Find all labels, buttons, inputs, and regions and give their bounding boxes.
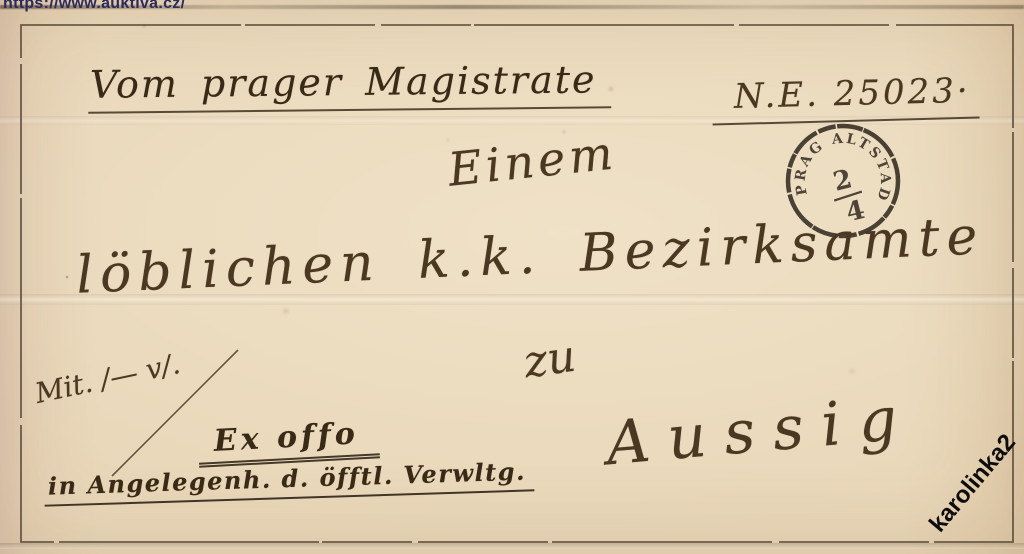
postmark-date-numerator: 2 — [830, 164, 855, 197]
postmark-fraction-bar — [834, 192, 863, 201]
addressee-line-2: löblichen k.k. Bezirksamte — [75, 206, 985, 306]
subject-line: in Angelegenh. d. öfftl. Verwltg. — [44, 456, 535, 506]
fold-crease-bottom — [0, 543, 1024, 549]
addressee-line-1: Einem — [446, 125, 619, 196]
addressee-line-3: zu — [521, 331, 579, 389]
seller-watermark: karolinka2 — [924, 429, 1022, 538]
reference-number: N.E. 25023· — [711, 71, 979, 126]
letter-scan: PRAG ALTSTADT 2 4 Vom prager Magistrate … — [0, 0, 1024, 554]
sender-line: Vom prager Magistrate — [88, 57, 611, 113]
addressee-line-4: Aussig — [604, 383, 918, 480]
left-margin-note: Mit. /— v/. — [32, 347, 183, 410]
auction-url-watermark: https://www.auktiva.cz/ — [3, 0, 185, 13]
ex-offo-note: Ex offo — [197, 415, 380, 467]
paper-stain-specks — [0, 0, 2, 2]
